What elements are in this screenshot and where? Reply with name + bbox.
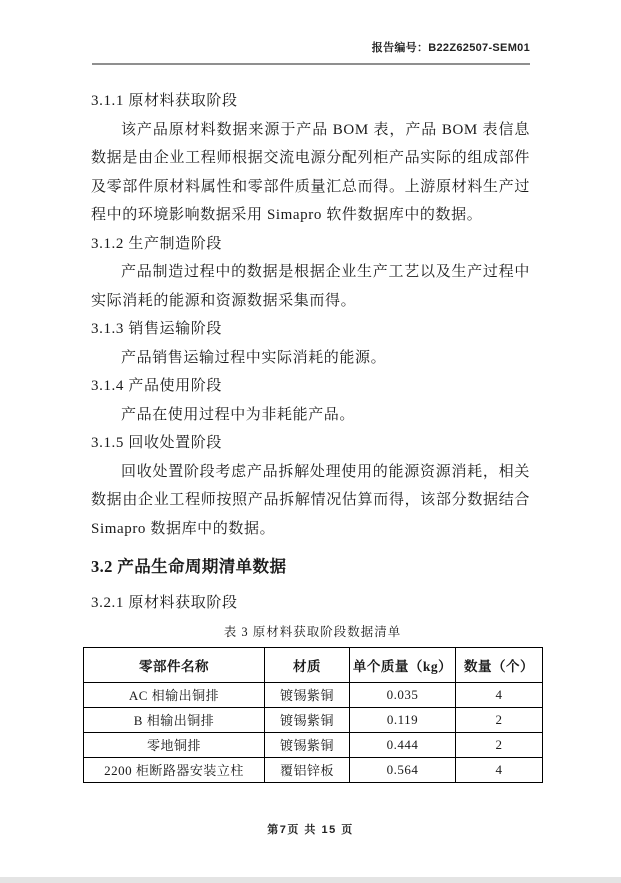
cell-part-name: 2200 柜断路器安装立柱: [84, 757, 265, 782]
page-bottom-edge: [0, 877, 621, 883]
section-heading-3-1-5: 3.1.5 回收处置阶段: [91, 429, 530, 458]
column-header-material: 材质: [265, 647, 350, 682]
page-number-label: 第7页 共 15 页: [267, 824, 354, 836]
section-heading-3-2-1: 3.2.1 原材料获取阶段: [91, 589, 530, 618]
cell-unit-mass: 0.119: [350, 707, 456, 732]
cell-part-name: B 相输出铜排: [84, 707, 265, 732]
cell-material: 镀锡紫铜: [265, 707, 350, 732]
paragraph-3-1-3: 产品销售运输过程中实际消耗的能源。: [91, 344, 530, 373]
table-header-row: 零部件名称 材质 单个质量（kg） 数量（个）: [84, 647, 543, 682]
table-caption: 表 3 原材料获取阶段数据清单: [83, 622, 542, 642]
section-heading-3-1-4: 3.1.4 产品使用阶段: [91, 372, 530, 401]
table-row: 零地铜排 镀锡紫铜 0.444 2: [84, 732, 543, 757]
cell-material: 镀锡紫铜: [265, 682, 350, 707]
cell-unit-mass: 0.035: [350, 682, 456, 707]
section-heading-3-1-3: 3.1.3 销售运输阶段: [91, 315, 530, 344]
cell-part-name: 零地铜排: [84, 732, 265, 757]
table-row: AC 相输出铜排 镀锡紫铜 0.035 4: [84, 682, 543, 707]
section-heading-3-1-1: 3.1.1 原材料获取阶段: [91, 87, 530, 116]
page-footer: 第7页 共 15 页: [0, 821, 621, 837]
document-page: 报告编号：B22Z62507-SEM01 3.1.1 原材料获取阶段 该产品原材…: [0, 0, 621, 883]
paragraph-3-1-4: 产品在使用过程中为非耗能产品。: [91, 401, 530, 430]
table-row: B 相输出铜排 镀锡紫铜 0.119 2: [84, 707, 543, 732]
paragraph-3-1-1: 该产品原材料数据来源于产品 BOM 表，产品 BOM 表信息数据是由企业工程师根…: [91, 116, 530, 230]
page-header: 报告编号：B22Z62507-SEM01: [92, 39, 530, 65]
cell-part-name: AC 相输出铜排: [84, 682, 265, 707]
cell-quantity: 2: [456, 707, 543, 732]
page-body: 3.1.1 原材料获取阶段 该产品原材料数据来源于产品 BOM 表，产品 BOM…: [91, 87, 530, 783]
column-header-part-name: 零部件名称: [84, 647, 265, 682]
cell-material: 覆铝锌板: [265, 757, 350, 782]
section-heading-3-2: 3.2 产品生命周期清单数据: [91, 552, 530, 582]
paragraph-3-1-2: 产品制造过程中的数据是根据企业生产工艺以及生产过程中实际消耗的能源和资源数据采集…: [91, 258, 530, 315]
cell-quantity: 2: [456, 732, 543, 757]
column-header-quantity: 数量（个）: [456, 647, 543, 682]
cell-material: 镀锡紫铜: [265, 732, 350, 757]
materials-table: 零部件名称 材质 单个质量（kg） 数量（个） AC 相输出铜排 镀锡紫铜 0.…: [83, 647, 543, 783]
report-number: 报告编号：B22Z62507-SEM01: [372, 42, 530, 54]
cell-unit-mass: 0.444: [350, 732, 456, 757]
cell-quantity: 4: [456, 682, 543, 707]
column-header-unit-mass: 单个质量（kg）: [350, 647, 456, 682]
paragraph-3-1-5: 回收处置阶段考虑产品拆解处理使用的能源资源消耗，相关数据由企业工程师按照产品拆解…: [91, 458, 530, 544]
cell-unit-mass: 0.564: [350, 757, 456, 782]
cell-quantity: 4: [456, 757, 543, 782]
section-heading-3-1-2: 3.1.2 生产制造阶段: [91, 230, 530, 259]
table-row: 2200 柜断路器安装立柱 覆铝锌板 0.564 4: [84, 757, 543, 782]
